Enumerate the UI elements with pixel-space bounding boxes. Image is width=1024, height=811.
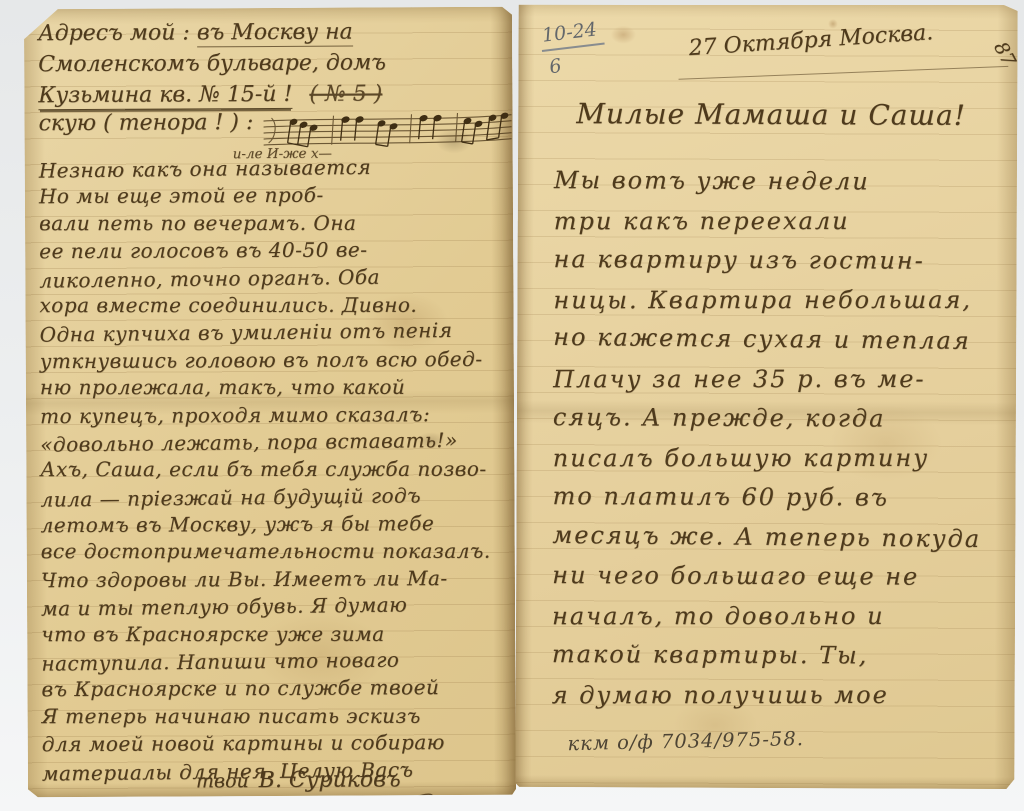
manuscript-line: я думаю получишь мое (552, 675, 1007, 715)
letter-page-left: Адресъ мой : въ Москву на Смоленскомъ бу… (24, 7, 516, 798)
pencil-note-top: 10-24 (539, 18, 605, 52)
manuscript-line: уткнувшись головою въ полъ всю обед- (40, 345, 508, 375)
manuscript-line: Ахъ, Саша, если бъ тебя служба позво- (40, 456, 508, 484)
manuscript-line: месяцъ же. А теперь покуда (552, 515, 1007, 559)
pencil-note-bottom: 6 (548, 47, 610, 79)
manuscript-line: все достопримечательности показалъ. (41, 538, 509, 566)
letter-scan: Адресъ мой : въ Москву на Смоленскомъ бу… (0, 0, 1024, 811)
manuscript-line: что въ Красноярске уже зима (41, 620, 509, 648)
signature: твой В. Суриковъ (196, 767, 401, 793)
manuscript-line: Одна купчиха въ умиленіи отъ пенія (39, 317, 507, 350)
manuscript-line: Мы вотъ уже недели (554, 161, 1009, 202)
manuscript-line: «довольно лежать, пора вставать!» (40, 426, 508, 459)
signature-prefix: твой (196, 770, 249, 792)
address-crossed-out: ( № 5 ) (309, 81, 382, 106)
manuscript-line: но кажется сухая и теплая (553, 318, 1008, 362)
manuscript-line: сяцъ. А прежде, когда (553, 398, 1008, 439)
address-note-line3: Кузьмина кв. № 15-й ! ( № 5 ) (38, 79, 382, 111)
manuscript-line: для моей новой картины и собираю (42, 729, 510, 759)
manuscript-line: ма и ты теплую обувь. Я думаю (41, 591, 509, 624)
pencil-archive-note: 10-24 6 (538, 16, 609, 79)
address-note-line2: Смоленскомъ бульваре, домъ (38, 48, 386, 80)
date-underline-flourish (679, 66, 1009, 80)
date-line: 27 Октября Москва. (688, 20, 934, 61)
manuscript-line: то платилъ 60 руб. въ (552, 477, 1007, 518)
letter-page-right: 10-24 6 27 Октября Москва. 87 Милые Мама… (515, 3, 1017, 789)
manuscript-line: ню пролежала, такъ, что какой (40, 374, 508, 402)
date-year: 87 (989, 38, 1020, 70)
manuscript-line: началъ, то довольно и (552, 596, 1007, 636)
manuscript-line: ни чего большаго еще не (552, 556, 1007, 597)
right-page-body: Мы вотъ уже недели три какъ переехали на… (552, 161, 1009, 716)
address-apartment: Кузьмина кв. № 15-й ! (38, 82, 292, 110)
address-city: въ Москву на (197, 20, 353, 48)
manuscript-line: Но мы еще этой ее проб- (39, 181, 507, 211)
manuscript-line: вали петь по вечерамъ. Она (39, 210, 507, 238)
manuscript-line: три какъ переехали (554, 201, 1009, 241)
manuscript-line: то купецъ, проходя мимо сказалъ: (40, 400, 508, 430)
signature-flourish (236, 789, 446, 808)
manuscript-line: Я теперь начинаю писать эскизъ (42, 703, 510, 731)
manuscript-line: ликолепно, точно органъ. Оба (39, 262, 507, 295)
manuscript-line: Плачу за нее 35 р. въ ме- (553, 359, 1008, 399)
address-note-line1: Адресъ мой : въ Москву на (38, 18, 353, 50)
manuscript-line: такой квартиры. Ты, (552, 635, 1007, 676)
manuscript-line: лила — пріезжай на будущій годъ (40, 481, 508, 514)
manuscript-line: хора вместе соединились. Дивно. (39, 292, 507, 320)
salutation: Милые Мамаша и Саша! (576, 97, 966, 132)
manuscript-line: Что здоровы ли Вы. Имеетъ ли Ма- (41, 565, 509, 595)
address-label: Адресъ мой : (38, 20, 190, 46)
museum-inventory-number: ккм о/ф 7034/975-58. (567, 727, 804, 755)
manuscript-line: ее пели голосовъ въ 40-50 ве- (39, 236, 507, 266)
manuscript-line: на квартиру изъ гостин- (554, 240, 1009, 281)
left-page-body: Незнаю какъ она называется Но мы еще это… (39, 154, 510, 786)
manuscript-line: въ Красноярске и по службе твоей (41, 674, 509, 704)
manuscript-line: летомъ въ Москву, ужъ я бы тебе (41, 510, 509, 540)
manuscript-line: наступила. Напиши что новаго (41, 645, 509, 678)
manuscript-line: ницы. Квартира небольшая, (553, 280, 1008, 320)
manuscript-line: писалъ большую картину (553, 438, 1008, 478)
music-caption: скую ( тенора ! ) : (38, 110, 253, 136)
manuscript-line: Незнаю какъ она называется (39, 152, 507, 185)
